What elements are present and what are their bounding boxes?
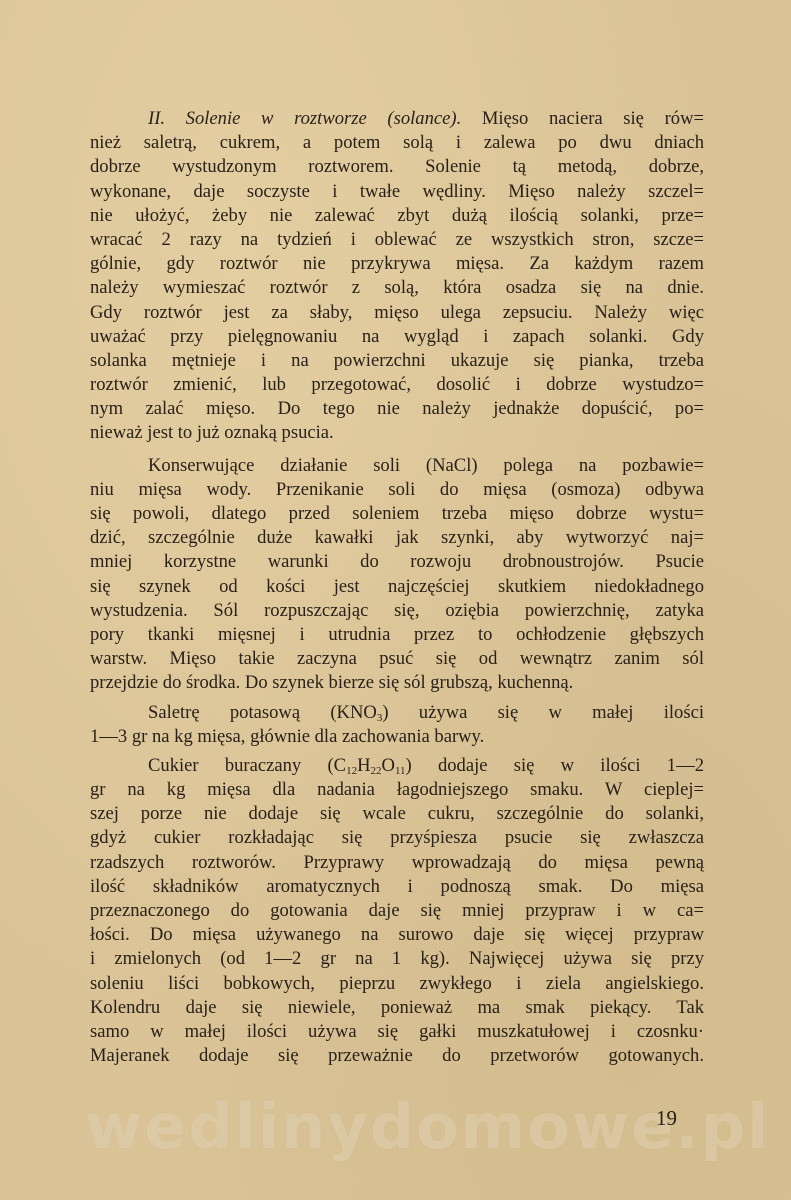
paragraph-konserwujace-dzialanie: Konserwujące działanie soli (NaCl) poleg… — [90, 454, 704, 696]
text-line: wystudzenia. Sól rozpuszczając się, ozię… — [90, 599, 704, 623]
page-body: II. Solenie w roztworze (solance). Mięso… — [90, 107, 704, 1068]
text-line: się szynek od kości jest najczęściej sku… — [90, 575, 704, 599]
text-line: samo w małej ilości używa się gałki musz… — [90, 1020, 704, 1044]
text-line: pory tkanki mięsnej i utrudnia przez to … — [90, 623, 704, 647]
text-line: dzić, szczególnie duże kawałki jak szynk… — [90, 526, 704, 550]
text-line: Majeranek dodaje się przeważnie do przet… — [90, 1044, 704, 1068]
text-line: się powoli, dlatego przed soleniem trzeb… — [90, 502, 704, 526]
subscript: 12 — [346, 765, 357, 777]
text-line: Gdy roztwór jest za słaby, mięso ulega z… — [90, 301, 704, 325]
text-line: Cukier buraczany (C12H22O11) dodaje się … — [90, 754, 704, 778]
text-line: Kolendru daje się niewiele, ponieważ ma … — [90, 996, 704, 1020]
text-line: Konserwujące działanie soli (NaCl) poleg… — [90, 454, 704, 478]
text-line: ilość składników aromatycznych i podnosz… — [90, 875, 704, 899]
text-line: należy wymieszać roztwór z solą, która o… — [90, 276, 704, 300]
text-line: nieważ jest to już oznaką psucia. — [90, 421, 704, 445]
text-line: przeznaczonego do gotowania daje się mni… — [90, 899, 704, 923]
text-line: II. Solenie w roztworze (solance). Mięso… — [90, 107, 704, 131]
section-heading: II. Solenie w roztworze (solance). — [148, 108, 461, 129]
text-line: przejdzie do środka. Do szynek bierze si… — [90, 671, 704, 695]
text-line: wykonane, daje soczyste i twałe wędliny.… — [90, 180, 704, 204]
text-line: gdyż cukier rozkładając się przyśpiesza … — [90, 826, 704, 850]
text-line: 1—3 gr na kg mięsa, głównie dla zachowan… — [90, 725, 704, 749]
text-line: szej porze nie dodaje się wcale cukru, s… — [90, 802, 704, 826]
page-number: 19 — [656, 1106, 677, 1131]
paragraph-solenie-w-roztworze: II. Solenie w roztworze (solance). Mięso… — [90, 107, 704, 446]
text-line: niu mięsa wody. Przenikanie soli do mięs… — [90, 478, 704, 502]
subscript: 11 — [395, 765, 406, 777]
text-line: gólnie, gdy roztwór nie przykrywa mięsa.… — [90, 252, 704, 276]
text-line: gr na kg mięsa dla nadania łagodniejszeg… — [90, 778, 704, 802]
text-line: roztwór zmienić, lub przegotować, dosoli… — [90, 373, 704, 397]
subscript: 22 — [371, 765, 382, 777]
text-line: dobrze wystudzonym roztworem. Solenie tą… — [90, 155, 704, 179]
text-line: wracać 2 razy na tydzień i oblewać ze ws… — [90, 228, 704, 252]
text-line: mniej korzystne warunki do rozwoju drobn… — [90, 550, 704, 574]
text-line: łości. Do mięsa używanego na surowo daje… — [90, 923, 704, 947]
text-line: warstw. Mięso takie zaczyna psuć się od … — [90, 647, 704, 671]
paragraph-cukier-buraczany: Cukier buraczany (C12H22O11) dodaje się … — [90, 754, 704, 1068]
text-line: uważać przy pielęgnowaniu na wygląd i za… — [90, 325, 704, 349]
text-line: rzadszych roztworów. Przyprawy wprowadza… — [90, 851, 704, 875]
text-line: nież saletrą, cukrem, a potem solą i zal… — [90, 131, 704, 155]
watermark: wedlinydomowe.pl — [85, 1090, 725, 1163]
text-line: soleniu liści bobkowych, pieprzu zwykłeg… — [90, 972, 704, 996]
text-line: i zmielonych (od 1—2 gr na 1 kg). Najwię… — [90, 947, 704, 971]
text-line: Saletrę potasową (KNO3) używa się w małe… — [90, 701, 704, 725]
text-line: nie ułożyć, żeby nie zalewać zbyt dużą i… — [90, 204, 704, 228]
text-line: nym zalać mięso. Do tego nie należy jedn… — [90, 397, 704, 421]
paragraph-saletra: Saletrę potasową (KNO3) używa się w małe… — [90, 701, 704, 749]
text-line: solanka mętnieje i na powierzchni ukazuj… — [90, 349, 704, 373]
